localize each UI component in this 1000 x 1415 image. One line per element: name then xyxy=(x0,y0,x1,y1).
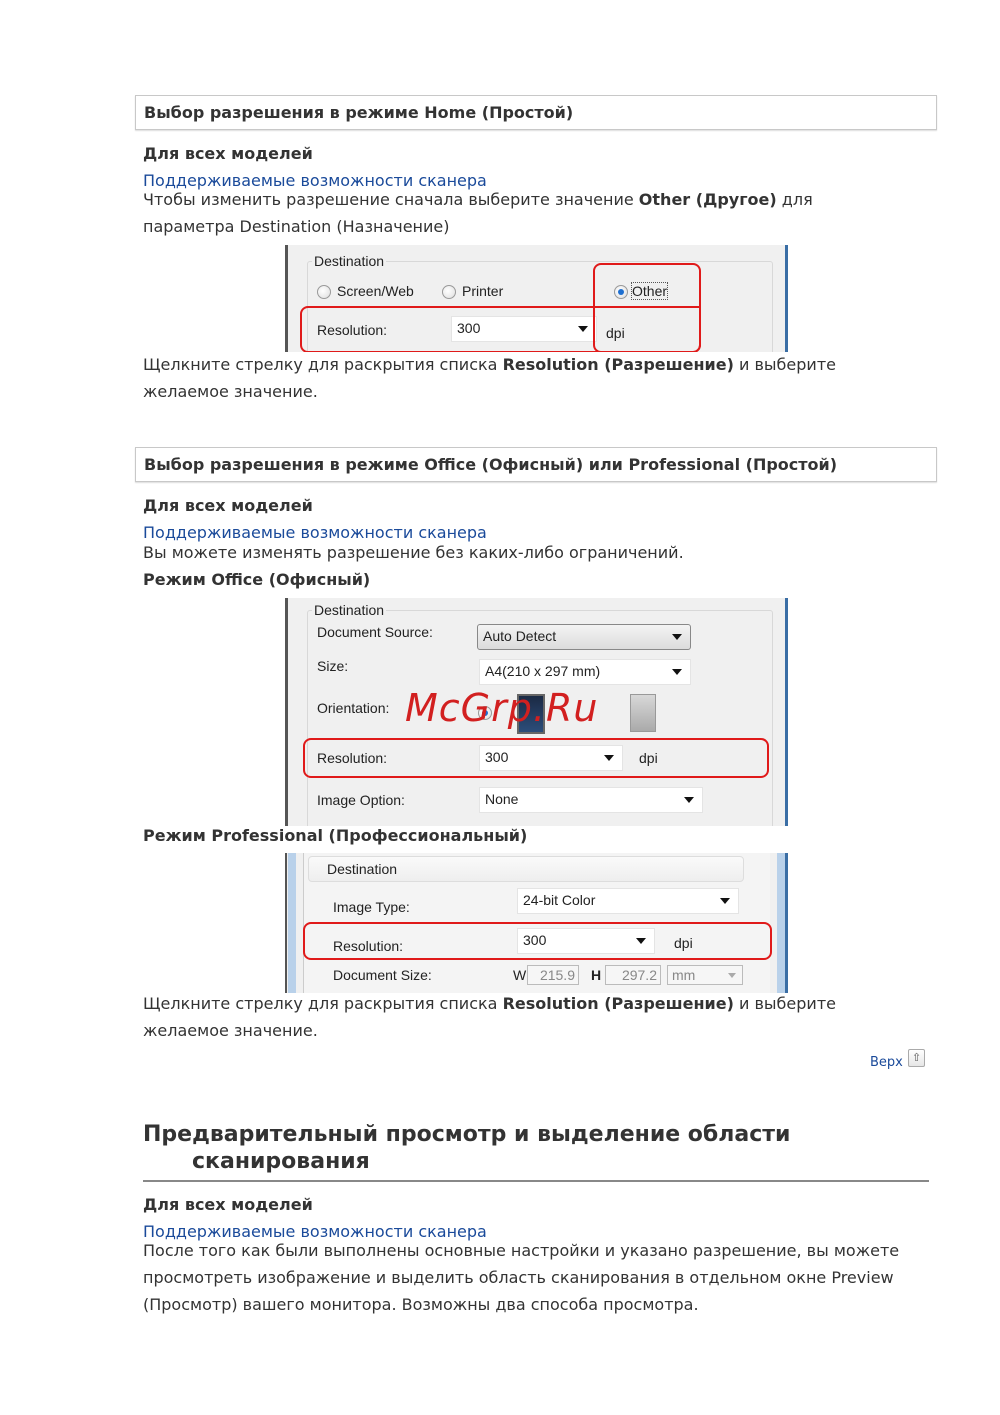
size-unit-value: mm xyxy=(672,967,695,983)
professional-mode-heading: Режим Professional (Профессиональный) xyxy=(143,826,527,845)
bold-term: Other (Другое) xyxy=(639,190,777,209)
image-type-label: Image Type: xyxy=(333,899,410,915)
frame-edge xyxy=(285,853,287,993)
highlight-resolution xyxy=(300,306,701,352)
radio-printer-label: Printer xyxy=(462,283,503,299)
frame-edge xyxy=(785,598,788,826)
bold-term: Resolution (Разрешение) xyxy=(503,355,734,374)
section-title-preview: Предварительный просмотр и выделение обл… xyxy=(143,1121,790,1175)
paragraph-preview-intro: После того как были выполнены основные н… xyxy=(143,1237,903,1318)
destination-title: Destination xyxy=(327,861,397,877)
subheading-all-models: Для всех моделей xyxy=(143,496,313,515)
text: Щелкните стрелку для раскрытия списка xyxy=(143,994,503,1013)
paragraph-choose-other: Чтобы изменить разрешение сначала выбери… xyxy=(143,186,903,240)
frame-edge xyxy=(785,245,788,352)
height-field[interactable]: 297.2 xyxy=(605,965,661,985)
chevron-down-icon xyxy=(672,669,682,675)
section-heading-text: Выбор разрешения в режиме Home (Простой) xyxy=(144,103,573,122)
professional-mode-screenshot: Destination Image Type: 24-bit Color Res… xyxy=(285,853,788,993)
section-heading-office-pro: Выбор разрешения в режиме Office (Офисны… xyxy=(135,447,937,482)
title-divider xyxy=(143,1180,929,1182)
radio-printer[interactable] xyxy=(442,285,456,299)
frame-edge xyxy=(288,853,296,993)
size-unit-dropdown[interactable]: mm xyxy=(667,965,743,985)
chevron-down-icon xyxy=(684,797,694,803)
image-option-value: None xyxy=(485,791,518,807)
arrow-up-icon[interactable]: ⇧ xyxy=(908,1049,925,1067)
chevron-down-icon xyxy=(672,634,682,640)
highlight-resolution xyxy=(303,922,772,960)
document-source-dropdown[interactable]: Auto Detect xyxy=(477,624,691,650)
orientation-label: Orientation: xyxy=(317,700,389,716)
destination-group-title: Destination xyxy=(312,253,386,269)
image-type-value: 24-bit Color xyxy=(523,892,595,908)
frame-edge xyxy=(285,598,288,826)
subheading-all-models: Для всех моделей xyxy=(143,1195,313,1214)
frame-edge xyxy=(785,853,788,993)
text: Чтобы изменить разрешение сначала выбери… xyxy=(143,190,639,209)
landscape-orientation-icon[interactable] xyxy=(630,694,656,732)
radio-screen-web[interactable] xyxy=(317,285,331,299)
size-value: A4(210 x 297 mm) xyxy=(485,663,600,679)
highlight-resolution xyxy=(303,738,769,778)
chevron-down-icon xyxy=(720,898,730,904)
frame-edge xyxy=(285,245,288,352)
document-source-label: Document Source: xyxy=(317,624,433,640)
width-label: W xyxy=(513,967,526,983)
back-to-top-link[interactable]: Верх xyxy=(870,1055,903,1070)
document-source-value: Auto Detect xyxy=(483,628,556,644)
width-field[interactable]: 215.9 xyxy=(527,965,579,985)
size-dropdown[interactable]: A4(210 x 297 mm) xyxy=(479,659,691,685)
paragraph-open-list: Щелкните стрелку для раскрытия списка Re… xyxy=(143,351,903,405)
office-mode-heading: Режим Office (Офисный) xyxy=(143,570,370,589)
image-type-dropdown[interactable]: 24-bit Color xyxy=(517,888,739,914)
section-heading-text: Выбор разрешения в режиме Office (Офисны… xyxy=(144,455,837,474)
paragraph-open-list: Щелкните стрелку для раскрытия списка Re… xyxy=(143,990,903,1044)
chevron-down-icon xyxy=(728,973,736,978)
image-option-label: Image Option: xyxy=(317,792,405,808)
watermark: McGrp.Ru xyxy=(405,686,598,730)
radio-screen-web-label: Screen/Web xyxy=(337,283,414,299)
height-label: H xyxy=(591,967,601,983)
subheading-all-models: Для всех моделей xyxy=(143,144,313,163)
document-size-label: Document Size: xyxy=(333,967,432,983)
section-heading-home: Выбор разрешения в режиме Home (Простой) xyxy=(135,95,937,130)
destination-group-title: Destination xyxy=(312,602,386,618)
bold-term: Resolution (Разрешение) xyxy=(503,994,734,1013)
title-line: Предварительный просмотр и выделение обл… xyxy=(143,1121,790,1148)
paragraph-no-limits: Вы можете изменять разрешение без каких-… xyxy=(143,539,903,566)
frame-edge xyxy=(777,853,785,993)
image-option-dropdown[interactable]: None xyxy=(479,787,703,813)
size-label: Size: xyxy=(317,658,348,674)
home-mode-screenshot: Destination Screen/Web Printer Other Res… xyxy=(285,245,788,352)
title-line: сканирования xyxy=(143,1148,790,1175)
text: Щелкните стрелку для раскрытия списка xyxy=(143,355,503,374)
